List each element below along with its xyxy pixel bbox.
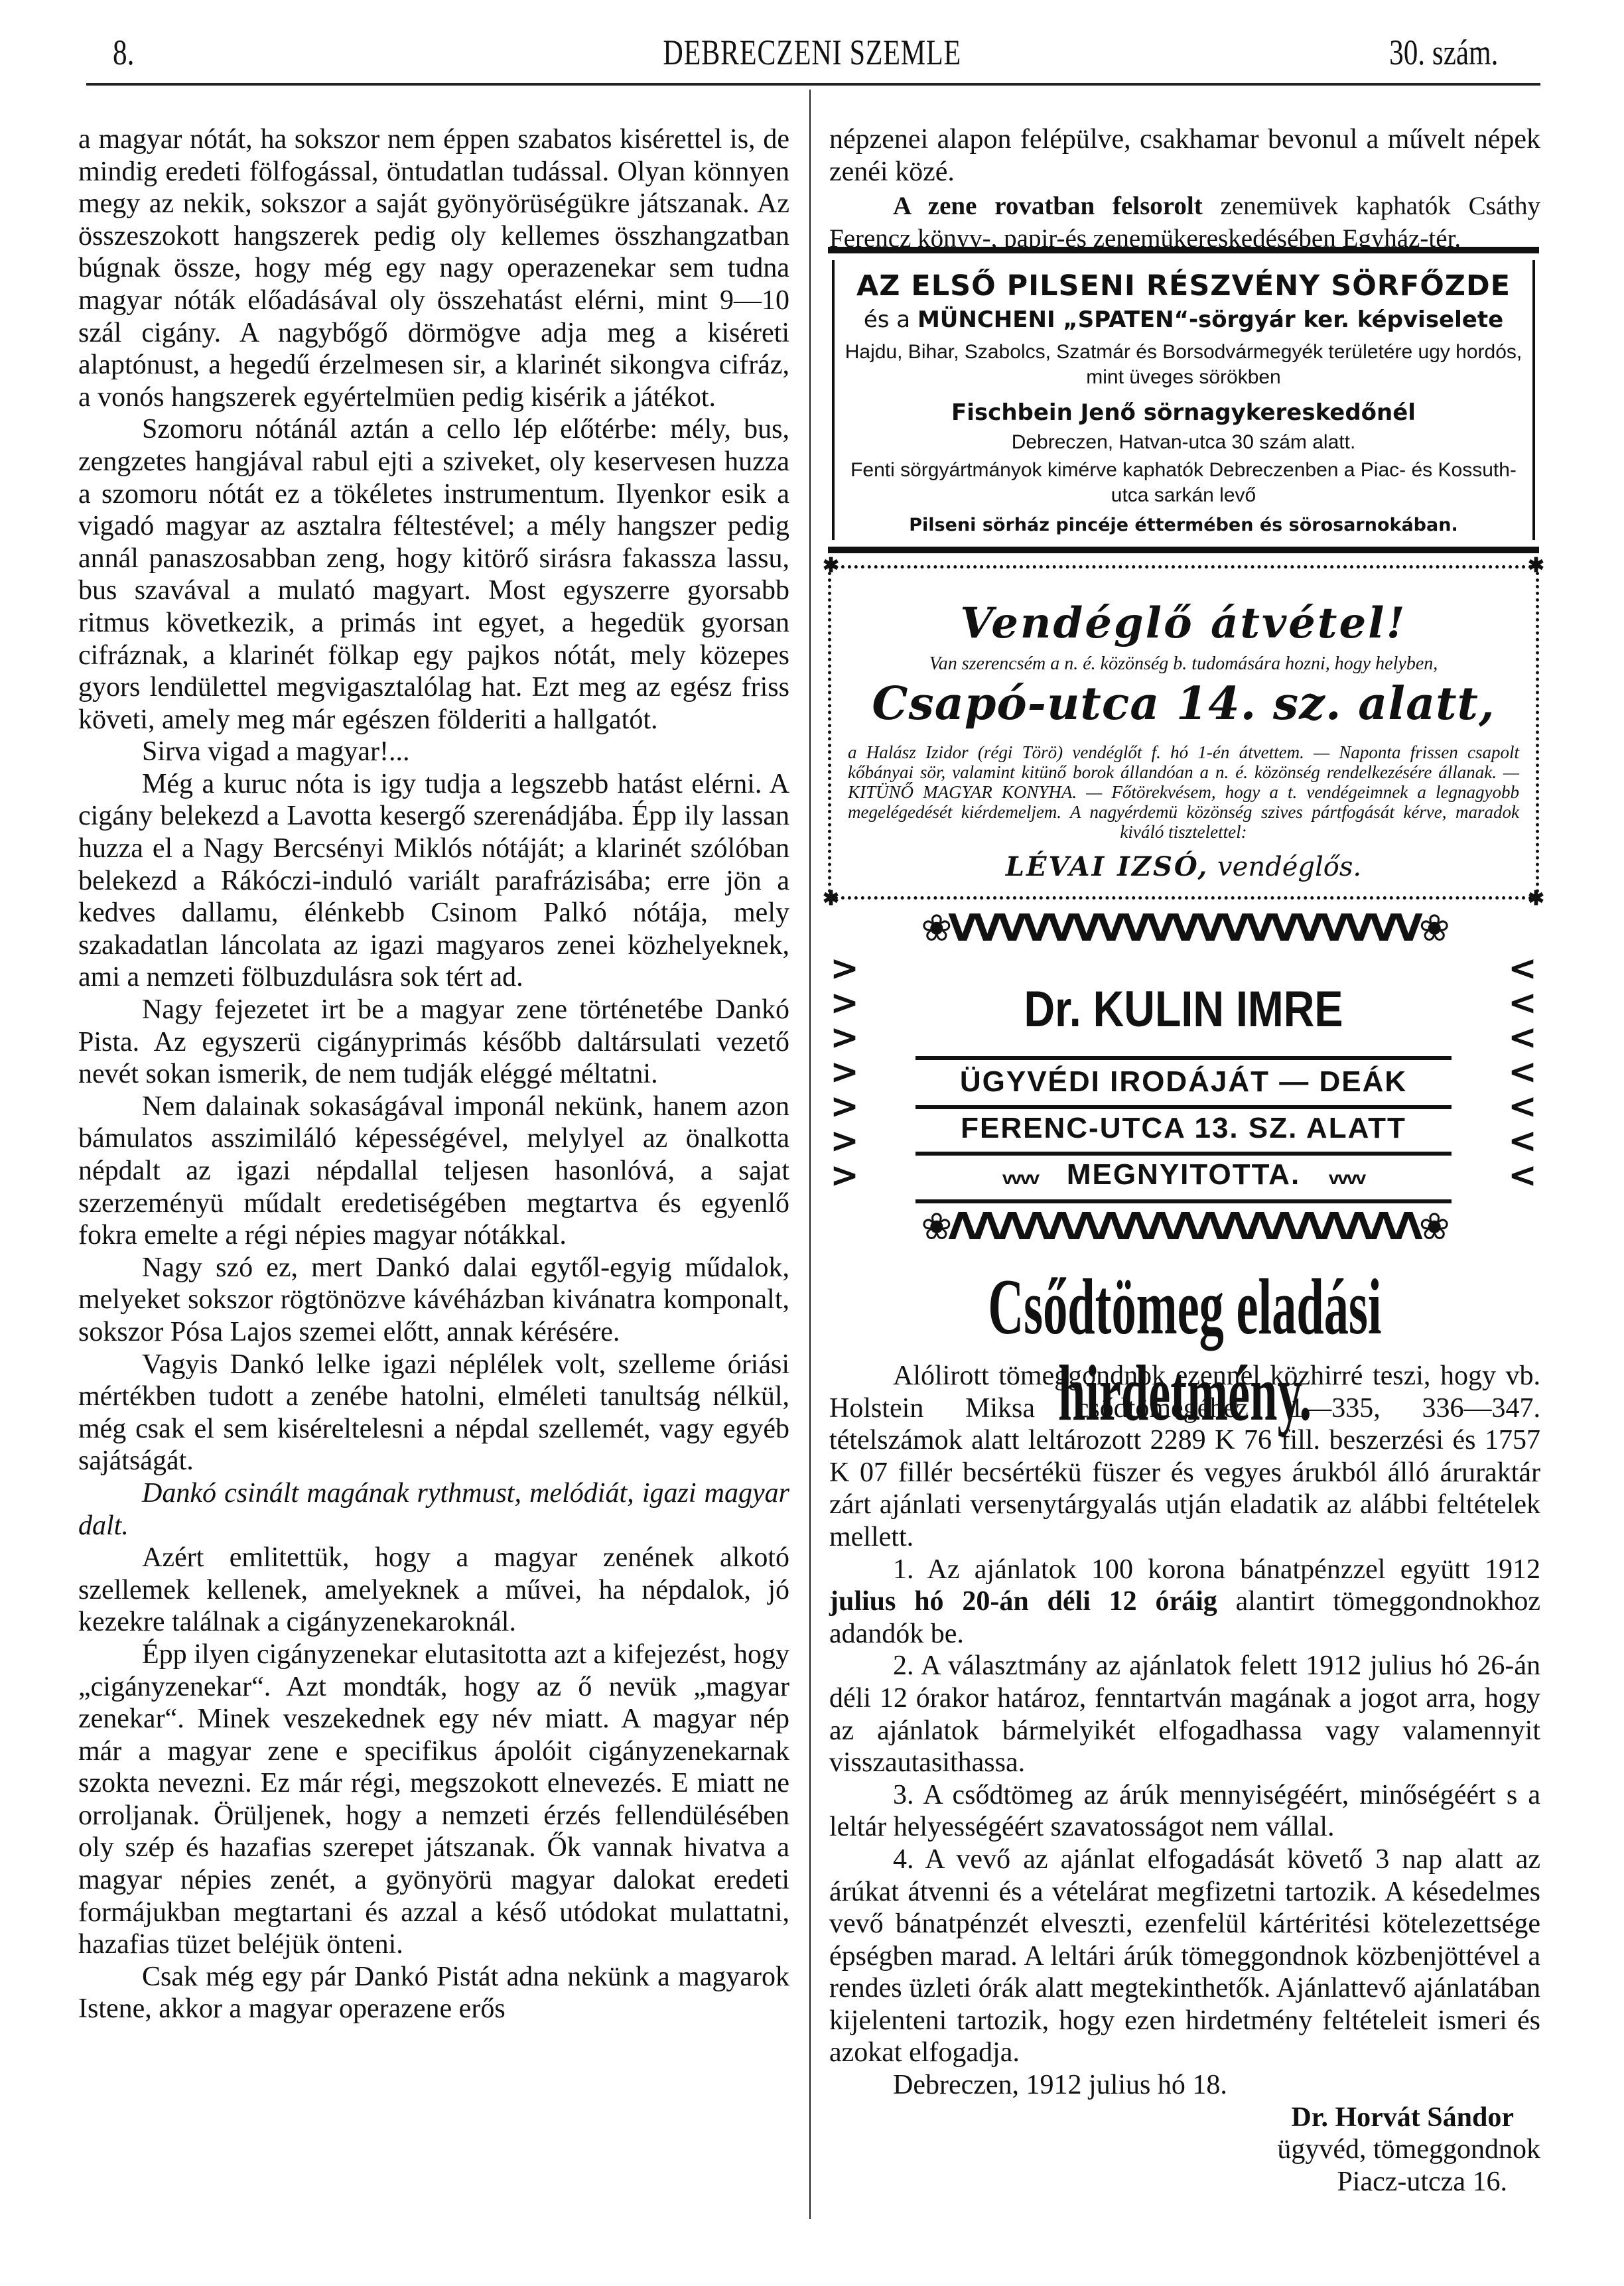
ad-restaurant-title: Vendéglő átvétel! [848, 598, 1519, 648]
article-paragraph: Nagy szó ez, mert Dankó dalai egytől-egy… [78, 1252, 789, 1349]
article-continuation: népzenei alapon felépülve, csakhamar bev… [829, 123, 1540, 188]
article-paragraph: Sirva vigad a magyar!... [78, 736, 789, 768]
ad-law-office-rule [915, 1056, 1452, 1060]
ad-restaurant-signature-name: LÉVAI IZSÓ, [1006, 851, 1209, 882]
folk-ornament-border-top: ❀VVVVVVVVVVVVVVVVVVV❀ [828, 909, 1539, 949]
ad-restaurant-signature: LÉVAI IZSÓ, vendéglős. [848, 851, 1519, 882]
ad-law-office-line3: MEGNYITOTTA. [1067, 1158, 1300, 1191]
ad-pilsen-dealer: Fischbein Jenő sörnagykereskedőnél [835, 399, 1532, 426]
bankruptcy-notice: Alólirott tömeggondnok ezennel közhirré … [829, 1360, 1540, 2198]
header-rule [86, 83, 1540, 86]
article-paragraph: Szomoru nótánál aztán a cello lép előtér… [78, 413, 789, 736]
ad-pilsen-address: Debreczen, Hatvan-utca 30 szám alatt. [835, 431, 1532, 454]
ad-law-office: ❀VVVVVVVVVVVVVVVVVVV❀ >>>>>>> <<<<<<< ❀Λ… [828, 909, 1539, 1247]
ad-pilsen-subtitle-prefix: és a [864, 306, 917, 333]
folk-ornament-border-bottom: ❀ΛΛΛΛΛΛΛΛΛΛΛΛΛΛΛΛΛΛΛ❀ [828, 1207, 1539, 1247]
ad-pilsen-headline: AZ ELSŐ PILSENI RÉSZVÉNY SÖRFŐZDE [835, 269, 1532, 303]
article-paragraph: Még a kuruc nóta is igy tudja a legszebb… [78, 768, 789, 994]
ad-law-office-rule [915, 1199, 1452, 1203]
ad-law-office-rule [915, 1152, 1452, 1156]
article-paragraph: Nem dalainak sokaságával imponál nekünk,… [78, 1091, 789, 1252]
article-paragraph: a magyar nótát, ha sokszor nem éppen sza… [78, 123, 789, 413]
ad-restaurant-signature-role: vendéglős. [1209, 852, 1361, 882]
ad-law-office-line1: ÜGYVÉDI IRODÁJÁT — DEÁK [915, 1065, 1452, 1099]
ad-pilsen-availability: Fenti sörgyártmányok kimérve kaphatók De… [835, 458, 1532, 508]
ad-pilsen-subtitle-bold: MÜNCHENI „SPATEN“-sörgyár ker. képvisele… [917, 306, 1503, 333]
music-note: A zene rovatban felsorolt zenemüvek kaph… [829, 190, 1540, 255]
article-paragraph: Azért emlitettük, hogy a magyar zenének … [78, 1542, 789, 1639]
ad-law-office-line2: FERENC-UTCA 13. SZ. ALATT [915, 1112, 1452, 1145]
ad-pilsen-venue: Pilseni sörház pincéje éttermében és sör… [835, 515, 1532, 535]
issue-number: 30. szám. [1389, 32, 1498, 73]
article-right-column: népzenei alapon felépülve, csakhamar bev… [829, 123, 1540, 255]
asterisk-ornament-icon: ✱ [1528, 556, 1544, 576]
article-paragraph-italic: Dankó csinált magának rythmust, melódiát… [78, 1477, 789, 1542]
asterisk-ornament-icon: ✱ [823, 889, 839, 909]
notice-item-4: 4. A vevő az ajánlat elfogadását követő … [829, 1844, 1540, 2069]
article-paragraph: Vagyis Dankó lelke igazi néplélek volt, … [78, 1349, 789, 1477]
ad-law-office-name: Dr. KULIN IMRE [881, 980, 1485, 1038]
folk-ornament-border-left: >>>>>>> [828, 951, 861, 1205]
ad-restaurant-intro: Van szerencsém a n. é. közönség b. tudom… [848, 653, 1519, 675]
newspaper-title-text: DEBRECZENI SZEMLE [663, 32, 961, 73]
article-paragraph: Csak még egy pár Dankó Pistát adna nekün… [78, 1961, 789, 2025]
asterisk-ornament-icon: ✱ [1528, 889, 1544, 909]
asterisk-ornament-icon: ✱ [823, 556, 839, 576]
ad-pilsen-frame: AZ ELSŐ PILSENI RÉSZVÉNY SÖRFŐZDE és a M… [832, 260, 1535, 540]
ad-restaurant-content: Vendéglő átvétel! Van szerencsém a n. é.… [848, 585, 1519, 882]
notice-intro: Alólirott tömeggondnok ezennel közhirré … [829, 1360, 1540, 1554]
notice-signature-name: Dr. Horvát Sándor [829, 2102, 1540, 2134]
article-paragraph: Nagy fejezetet irt be a magyar zene tört… [78, 994, 789, 1091]
notice-date: Debreczen, 1912 julius hó 18. [829, 2069, 1540, 2102]
ad-pilsen-region: Hajdu, Bihar, Szabolcs, Szatmár és Borso… [835, 340, 1532, 390]
notice-item-1-deadline: julius hó 20-án déli 12 óráig [829, 1586, 1217, 1617]
article-paragraph: Épp ilyen cigányzenekar elutasitotta azt… [78, 1639, 789, 1961]
music-note-lead: A zene rovatban felsorolt [893, 192, 1203, 220]
column-divider [809, 90, 811, 2219]
notice-signature-role: ügyvéd, tömeggondnok [829, 2133, 1540, 2166]
folk-ornament-border-right: <<<<<<< [1506, 951, 1539, 1205]
notice-signature-address: Piacz-utcza 16. [829, 2166, 1540, 2198]
ad-pilsen-subtitle: és a MÜNCHENI „SPATEN“-sörgyár ker. képv… [835, 306, 1532, 333]
folk-ornament-icon: vvvv [1329, 1168, 1365, 1188]
ad-law-office-rule [915, 1105, 1452, 1109]
ad-pilsen-brewery: AZ ELSŐ PILSENI RÉSZVÉNY SÖRFŐZDE és a M… [828, 247, 1539, 553]
notice-item-1: 1. Az ajánlatok 100 korona bánatpénzzel … [829, 1554, 1540, 1650]
notice-signature: Dr. Horvát Sándor ügyvéd, tömeggondnok P… [829, 2102, 1540, 2198]
ad-restaurant-takeover: ✱ ✱ ✱ ✱ Vendéglő átvétel! Van szerencsém… [828, 565, 1539, 900]
page-header: 8. DEBRECZENI SZEMLE 30. szám. [0, 0, 1624, 80]
notice-item-2: 2. A választmány az ajánlatok felett 191… [829, 1650, 1540, 1779]
newspaper-title: DEBRECZENI SZEMLE [0, 32, 1624, 73]
ad-restaurant-address: Csapó-utca 14. sz. alatt, [848, 677, 1519, 730]
notice-item-1-pre: 1. Az ajánlatok 100 korona bánatpénzzel … [893, 1554, 1540, 1585]
folk-ornament-icon: vvvv [1002, 1168, 1038, 1188]
notice-item-3: 3. A csődtömeg az árúk mennyiségéért, mi… [829, 1779, 1540, 1844]
ad-restaurant-body: a Halász Izidor (régi Törö) vendéglőt f.… [848, 742, 1519, 842]
ad-law-office-line3-row: vvvv MEGNYITOTTA. vvvv [915, 1158, 1452, 1191]
article-left-column: a magyar nótát, ha sokszor nem éppen sza… [78, 123, 789, 2025]
